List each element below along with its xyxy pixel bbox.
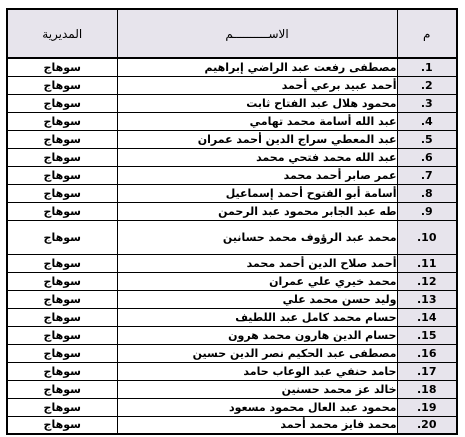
serial-cell: .9: [397, 202, 457, 220]
serial-cell: .1: [397, 58, 457, 76]
serial-cell: .18: [397, 380, 457, 398]
table-row: .19 محمود عبد العال محمود مسعود سوهاج: [7, 398, 457, 416]
directorate-cell: سوهاج: [7, 290, 117, 308]
table-row: .17 حامد حنفي عبد الوعاب حامد سوهاج: [7, 362, 457, 380]
name-cell: عبد الله أسامة محمد تهامي: [117, 112, 397, 130]
directorate-cell: سوهاج: [7, 76, 117, 94]
serial-cell: .16: [397, 344, 457, 362]
document-page: م الاســــــــــم المديرية .1 مصطفى رفعت…: [0, 0, 465, 437]
column-header-name: الاســــــــــم: [117, 9, 397, 58]
name-cell: محمد عبد الرؤوف محمد حسانين: [117, 220, 397, 254]
directorate-cell: سوهاج: [7, 326, 117, 344]
serial-cell: .11: [397, 254, 457, 272]
directorate-cell: سوهاج: [7, 272, 117, 290]
name-cell: محمود عبد العال محمود مسعود: [117, 398, 397, 416]
table-row: .2 أحمد عبيد برعي أحمد سوهاج: [7, 76, 457, 94]
table-row: .15 حسام الدين هارون محمد هرون سوهاج: [7, 326, 457, 344]
directorate-cell: سوهاج: [7, 202, 117, 220]
table-header-row: م الاســــــــــم المديرية: [7, 9, 457, 58]
name-cell: طه عبد الجابر محمود عبد الرحمن: [117, 202, 397, 220]
table-row: .9 طه عبد الجابر محمود عبد الرحمن سوهاج: [7, 202, 457, 220]
table-row: .14 حسام محمد كامل عبد اللطيف سوهاج: [7, 308, 457, 326]
serial-cell: .13: [397, 290, 457, 308]
column-header-directorate: المديرية: [7, 9, 117, 58]
name-cell: وليد حسن محمد علي: [117, 290, 397, 308]
name-cell: عمر صابر أحمد محمد: [117, 166, 397, 184]
name-cell: عبد المعطي سراج الدين أحمد عمران: [117, 130, 397, 148]
serial-cell: .4: [397, 112, 457, 130]
table-row: .11 أحمد صلاح الدين أحمد محمد سوهاج: [7, 254, 457, 272]
name-cell: حسام محمد كامل عبد اللطيف: [117, 308, 397, 326]
serial-cell: .19: [397, 398, 457, 416]
table-row: .20 محمد فايز محمد أحمد سوهاج: [7, 416, 457, 434]
directorate-cell: سوهاج: [7, 166, 117, 184]
name-cell: محمد فايز محمد أحمد: [117, 416, 397, 434]
directorate-cell: سوهاج: [7, 398, 117, 416]
directorate-cell: سوهاج: [7, 94, 117, 112]
name-cell: خالد عز محمد حسنين: [117, 380, 397, 398]
name-cell: محمود هلال عبد الفتاح ثابت: [117, 94, 397, 112]
serial-cell: .12: [397, 272, 457, 290]
serial-cell: .3: [397, 94, 457, 112]
directorate-cell: سوهاج: [7, 380, 117, 398]
serial-cell: .7: [397, 166, 457, 184]
table-row: .8 أسامة أبو الفتوح أحمد إسماعيل سوهاج: [7, 184, 457, 202]
table-row: .3 محمود هلال عبد الفتاح ثابت سوهاج: [7, 94, 457, 112]
serial-cell: .10: [397, 220, 457, 254]
roster-table: م الاســــــــــم المديرية .1 مصطفى رفعت…: [6, 8, 458, 435]
table-row: .4 عبد الله أسامة محمد تهامي سوهاج: [7, 112, 457, 130]
directorate-cell: سوهاج: [7, 58, 117, 76]
directorate-cell: سوهاج: [7, 184, 117, 202]
table-row: .5 عبد المعطي سراج الدين أحمد عمران سوها…: [7, 130, 457, 148]
serial-cell: .6: [397, 148, 457, 166]
directorate-cell: سوهاج: [7, 344, 117, 362]
serial-cell: .17: [397, 362, 457, 380]
table-row: .12 محمد خيري علي عمران سوهاج: [7, 272, 457, 290]
serial-cell: .15: [397, 326, 457, 344]
name-cell: مصطفى رفعت عبد الراضي إبراهيم: [117, 58, 397, 76]
table-row: .1 مصطفى رفعت عبد الراضي إبراهيم سوهاج: [7, 58, 457, 76]
name-cell: محمد خيري علي عمران: [117, 272, 397, 290]
table-row: .6 عبد الله محمد فتحي محمد سوهاج: [7, 148, 457, 166]
table-row: .7 عمر صابر أحمد محمد سوهاج: [7, 166, 457, 184]
serial-cell: .5: [397, 130, 457, 148]
name-cell: أسامة أبو الفتوح أحمد إسماعيل: [117, 184, 397, 202]
serial-cell: .14: [397, 308, 457, 326]
directorate-cell: سوهاج: [7, 416, 117, 434]
name-cell: مصطفى عبد الحكيم نصر الدين حسين: [117, 344, 397, 362]
table-row: .10 محمد عبد الرؤوف محمد حسانين سوهاج: [7, 220, 457, 254]
directorate-cell: سوهاج: [7, 130, 117, 148]
table-row: .16 مصطفى عبد الحكيم نصر الدين حسين سوها…: [7, 344, 457, 362]
directorate-cell: سوهاج: [7, 308, 117, 326]
column-header-serial: م: [397, 9, 457, 58]
name-cell: عبد الله محمد فتحي محمد: [117, 148, 397, 166]
name-cell: حامد حنفي عبد الوعاب حامد: [117, 362, 397, 380]
directorate-cell: سوهاج: [7, 254, 117, 272]
serial-cell: .20: [397, 416, 457, 434]
table-row: .13 وليد حسن محمد علي سوهاج: [7, 290, 457, 308]
table-row: .18 خالد عز محمد حسنين سوهاج: [7, 380, 457, 398]
serial-cell: .2: [397, 76, 457, 94]
directorate-cell: سوهاج: [7, 112, 117, 130]
directorate-cell: سوهاج: [7, 220, 117, 254]
name-cell: أحمد عبيد برعي أحمد: [117, 76, 397, 94]
name-cell: حسام الدين هارون محمد هرون: [117, 326, 397, 344]
name-cell: أحمد صلاح الدين أحمد محمد: [117, 254, 397, 272]
serial-cell: .8: [397, 184, 457, 202]
directorate-cell: سوهاج: [7, 148, 117, 166]
directorate-cell: سوهاج: [7, 362, 117, 380]
